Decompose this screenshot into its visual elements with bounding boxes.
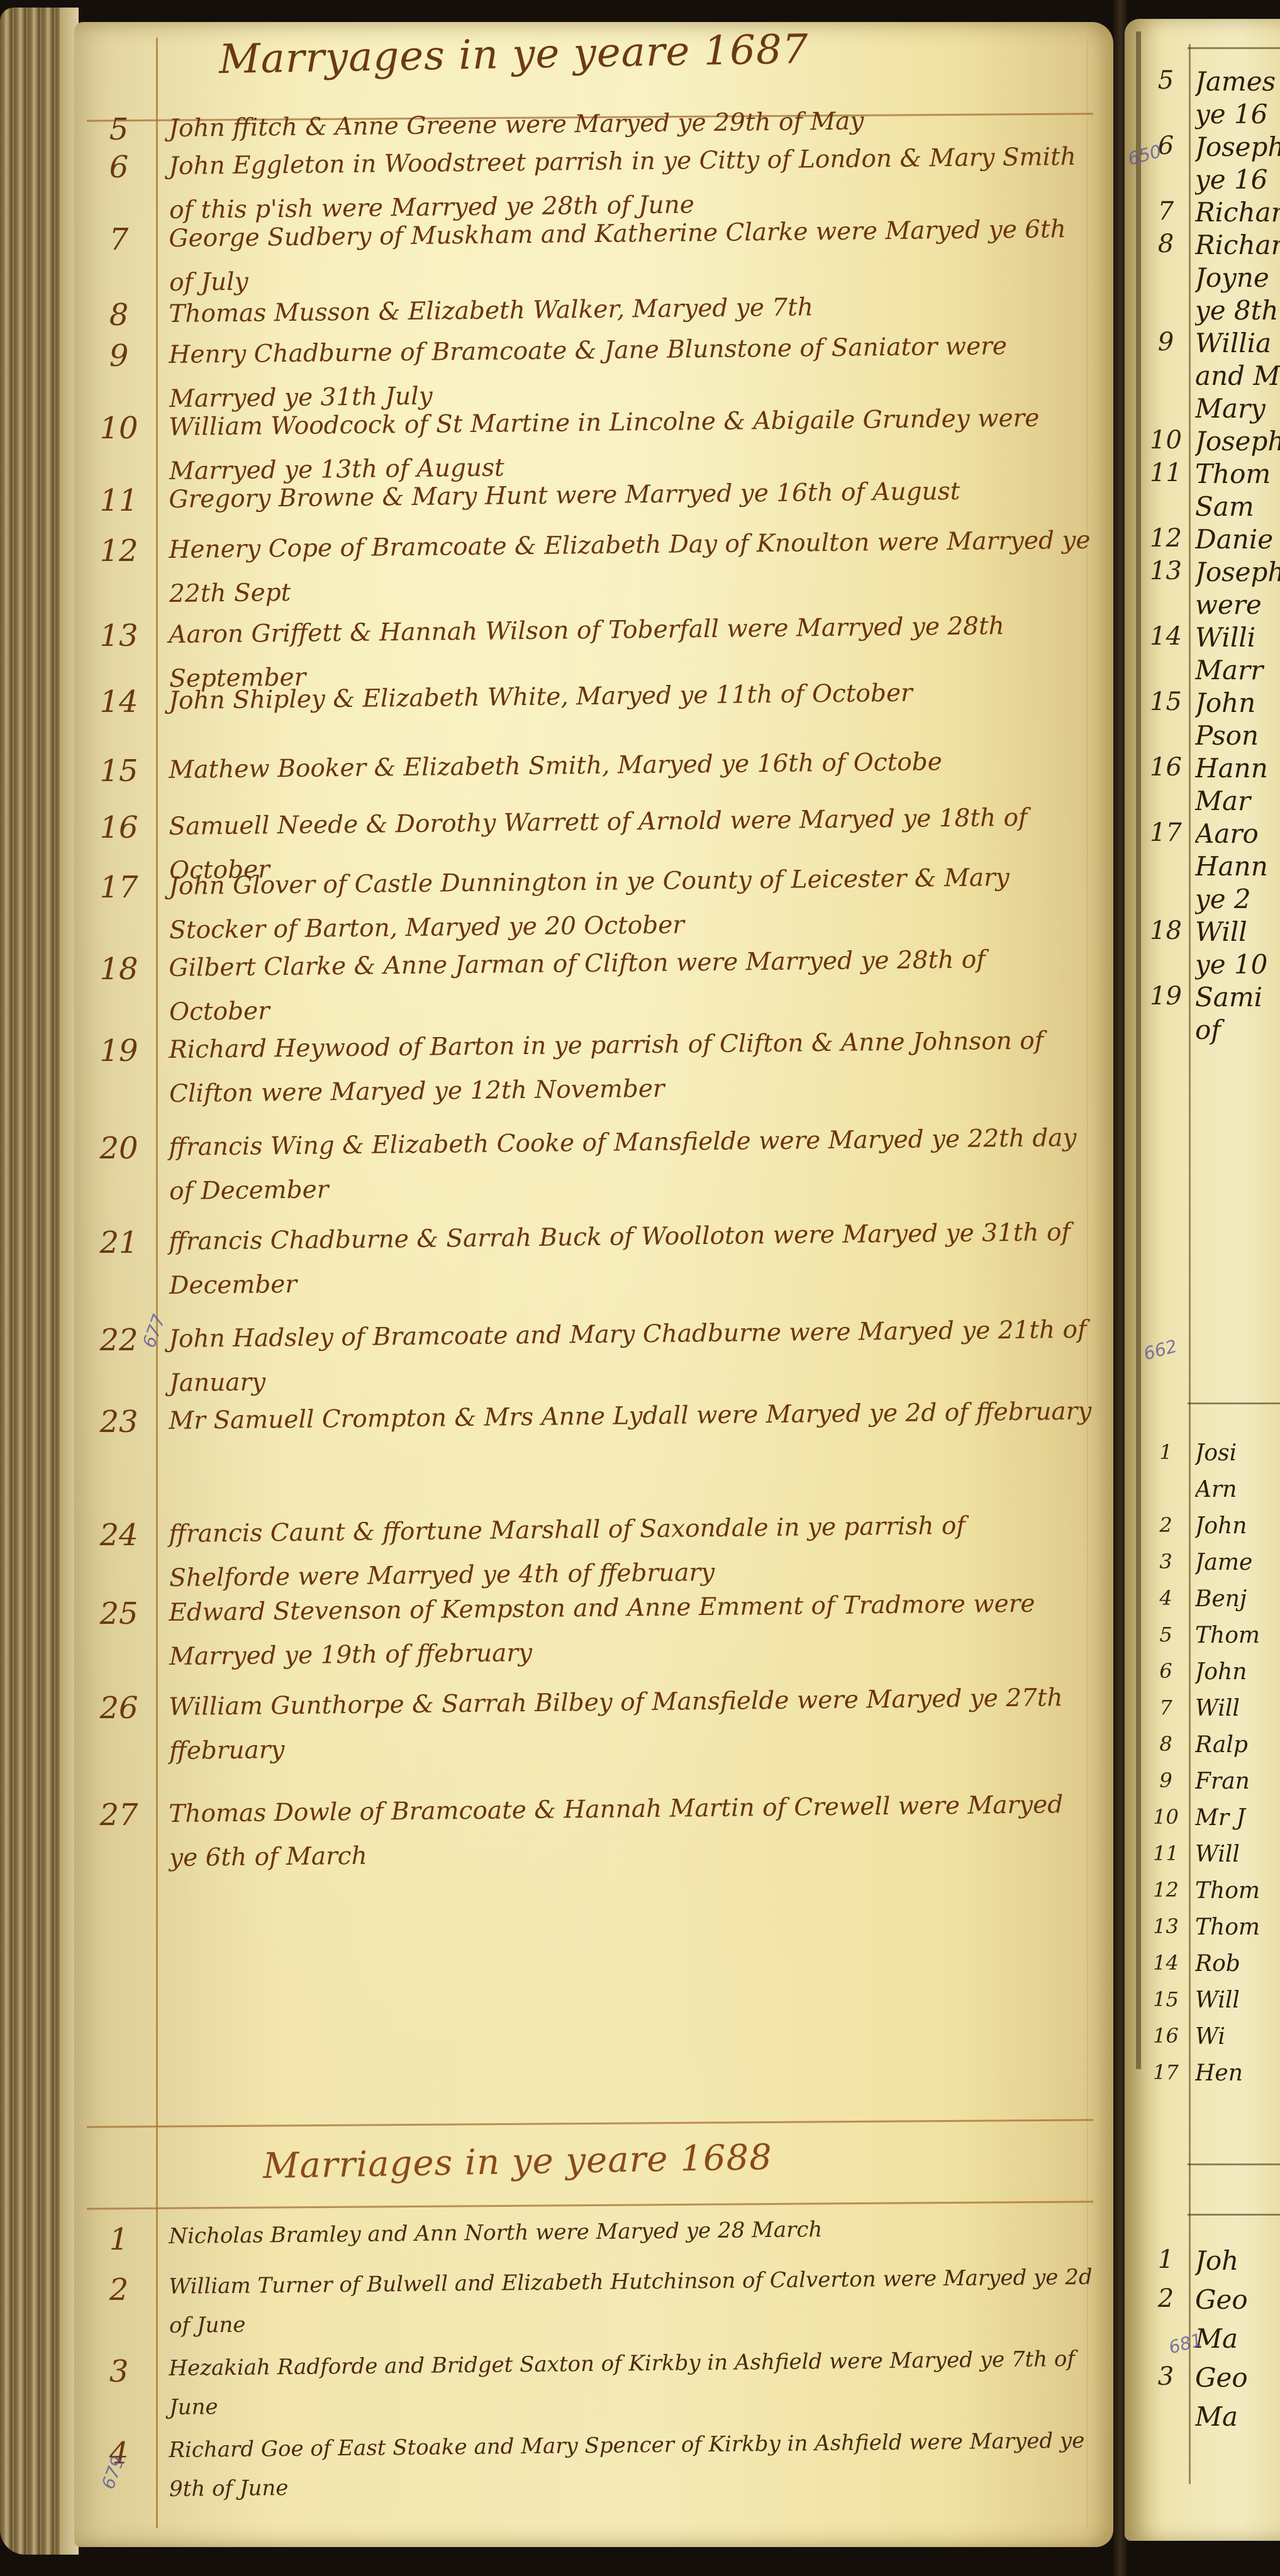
entry-fragment: Hen (1195, 2060, 1280, 2086)
entry-number: 11 (1149, 458, 1183, 487)
header-rule (1188, 47, 1280, 49)
entry-number: 11 (97, 483, 141, 518)
entry-number: 16 (97, 810, 141, 845)
section-rule (1188, 1402, 1280, 1404)
entry-number: 17 (1149, 818, 1183, 847)
entry-number: 2 (1149, 1513, 1183, 1537)
pencil-folio-note: 662 (1142, 1336, 1179, 1365)
entry-fragment: James (1195, 66, 1280, 97)
entry-number: 14 (97, 684, 141, 719)
section-heading-1687: Marryages in ye yeare 1687 (218, 26, 809, 83)
entry-fragment: Aaro (1195, 818, 1280, 849)
entry-fragment: Danie (1195, 524, 1280, 555)
marriage-entry: Gregory Browne & Mary Hunt were Marryed … (169, 469, 1094, 522)
marriage-entry: William Gunthorpe & Sarrah Bilbey of Man… (169, 1676, 1094, 1774)
entry-number: 1 (1149, 1440, 1183, 1464)
entry-fragment: Will (1195, 1841, 1280, 1867)
left-page: Marryages in ye yeare 16875John ffitch &… (74, 22, 1113, 2547)
entry-number: 5 (97, 112, 141, 147)
entry-fragment: Rob (1195, 1951, 1280, 1977)
entry-number: 1 (1149, 2245, 1183, 2274)
entry-fragment: Richard (1195, 197, 1280, 228)
entry-fragment: John (1195, 687, 1280, 718)
entry-number: 7 (1149, 197, 1183, 226)
entry-number: 4 (1149, 1586, 1183, 1610)
entry-number: 22 (97, 1323, 141, 1358)
entry-fragment: Joh (1195, 2245, 1280, 2276)
entry-number: 15 (1149, 687, 1183, 716)
entry-fragment: Richard (1195, 230, 1280, 260)
entry-number: 5 (1149, 1623, 1183, 1646)
entry-fragment: Pson (1195, 720, 1280, 751)
entry-number: 17 (1149, 2060, 1183, 2084)
entry-fragment: Thom (1195, 1878, 1280, 1904)
entry-number: 27 (97, 1797, 141, 1833)
pencil-folio-note: 677 (138, 1312, 169, 1351)
marriage-entry: William Turner of Bulwell and Elizabeth … (169, 2258, 1094, 2345)
right-margin-rule (1189, 44, 1191, 2484)
entry-fragment: ye 2 (1195, 884, 1280, 914)
section-rule (1188, 2163, 1280, 2165)
marriage-entry: Richard Heywood of Barton in ye parrish … (169, 1019, 1094, 1116)
entry-number: 18 (1149, 916, 1183, 945)
entry-number: 2 (1149, 2284, 1183, 2313)
entry-number: 13 (97, 618, 141, 653)
right-page: 5Jamesye 166Josephye 167Richard8RichardJ… (1125, 19, 1280, 2541)
entry-fragment: Wi (1195, 2024, 1280, 2050)
entry-fragment: Willia (1195, 328, 1280, 358)
marriage-entry: Nicholas Bramley and Ann North were Mary… (169, 2207, 1094, 2256)
entry-number: 13 (1149, 557, 1183, 586)
entry-number: 13 (1149, 1914, 1183, 1938)
entry-fragment: Sam (1195, 491, 1280, 522)
entry-number: 24 (97, 1518, 141, 1553)
entry-number: 10 (1149, 1805, 1183, 1829)
entry-number: 14 (1149, 622, 1183, 651)
margin-rule (156, 38, 158, 2528)
marriage-entry: Richard Goe of East Stoake and Mary Spen… (169, 2421, 1094, 2509)
entry-fragment: Joyne (1195, 262, 1280, 293)
entry-number: 17 (97, 870, 141, 905)
entry-number: 9 (1149, 1768, 1183, 1792)
entry-number: 8 (1149, 230, 1183, 258)
entry-number: 26 (97, 1690, 141, 1726)
marriage-entry: ffrancis Chadburne & Sarrah Buck of Wool… (169, 1211, 1094, 1308)
entry-number: 15 (97, 753, 141, 789)
entry-fragment: Joseph (1195, 557, 1280, 587)
entry-fragment: ye 8th (1195, 295, 1280, 326)
marriage-entry: Mr Samuell Crompton & Mrs Anne Lydall we… (169, 1390, 1094, 1443)
pencil-folio-note: 650 (1126, 141, 1164, 170)
entry-fragment: Hann (1195, 753, 1280, 784)
entry-number: 11 (1149, 1841, 1183, 1865)
entry-number: 1 (97, 2222, 141, 2257)
entry-fragment: Will (1195, 1696, 1280, 1721)
entry-fragment: Mar (1195, 786, 1280, 816)
entry-fragment: Marr (1195, 655, 1280, 686)
entry-number: 20 (97, 1131, 141, 1166)
entry-fragment: Ralp (1195, 1732, 1280, 1758)
entry-number: 9 (97, 338, 141, 374)
entry-number: 12 (1149, 1878, 1183, 1902)
section-divider-rule (87, 2119, 1093, 2128)
entry-number: 5 (1149, 66, 1183, 95)
entry-fragment: Joseph (1195, 131, 1280, 162)
marriage-entry: Edward Stevenson of Kempston and Anne Em… (169, 1582, 1094, 1679)
entry-number: 19 (97, 1033, 141, 1069)
entry-number: 15 (1149, 1987, 1183, 2011)
entry-fragment: Jame (1195, 1550, 1280, 1575)
entry-number: 12 (97, 533, 141, 569)
entry-number: 6 (1149, 1659, 1183, 1683)
entry-number: 21 (97, 1225, 141, 1260)
marriage-entry: Henery Cope of Bramcoate & Elizabeth Day… (169, 519, 1094, 616)
entry-fragment: Will (1195, 916, 1280, 947)
entry-fragment: Josi (1195, 1440, 1280, 1466)
entry-number: 6 (97, 150, 141, 185)
section-rule (1188, 2214, 1280, 2216)
entry-fragment: ye 10 (1195, 949, 1280, 980)
entry-fragment: Mr J (1195, 1805, 1280, 1831)
entry-fragment: ye 16 (1195, 164, 1280, 195)
entry-fragment: ye 16 (1195, 99, 1280, 130)
entry-fragment: Benj (1195, 1586, 1280, 1612)
entry-number: 7 (97, 222, 141, 257)
entry-fragment: Willi (1195, 622, 1280, 653)
entry-number: 12 (1149, 524, 1183, 553)
entry-number: 9 (1149, 328, 1183, 357)
entry-fragment: and M (1195, 360, 1280, 391)
marriage-entry: Thomas Dowle of Bramcoate & Hannah Marti… (169, 1783, 1094, 1880)
entry-fragment: Ma (1195, 2401, 1280, 2432)
right-page-edge-line (1136, 31, 1141, 2069)
entry-number: 16 (1149, 2024, 1183, 2048)
entry-fragment: Sami (1195, 982, 1280, 1013)
entry-fragment: Will (1195, 1987, 1280, 2013)
section-heading-1688: Marriages in ye yeare 1688 (262, 2137, 772, 2187)
marriage-entry: Hezakiah Radforde and Bridget Saxton of … (169, 2340, 1094, 2427)
entry-number: 14 (1149, 1951, 1183, 1975)
entry-number: 3 (97, 2354, 141, 2389)
register-scan: Marryages in ye yeare 16875John ffitch &… (0, 0, 1280, 2576)
entry-fragment: Geo (1195, 2362, 1280, 2393)
entry-fragment: Arn (1195, 1477, 1280, 1502)
entry-number: 10 (97, 411, 141, 446)
entry-fragment: Thom (1195, 458, 1280, 489)
entry-number: 8 (97, 297, 141, 333)
entry-number: 3 (1149, 2362, 1183, 2391)
entry-fragment: Hann (1195, 851, 1280, 882)
entry-fragment: Mary (1195, 393, 1280, 424)
entry-number: 16 (1149, 753, 1183, 782)
entry-fragment: Thom (1195, 1623, 1280, 1648)
entry-fragment: Ma (1195, 2323, 1280, 2354)
marriage-entry: ffrancis Wing & Elizabeth Cooke of Mansf… (169, 1116, 1094, 1214)
entry-number: 10 (1149, 426, 1183, 455)
entry-number: 8 (1149, 1732, 1183, 1756)
entry-fragment: Fran (1195, 1768, 1280, 1794)
entry-fragment: of (1195, 1014, 1280, 1045)
entry-fragment: were (1195, 589, 1280, 620)
entry-fragment: Thom (1195, 1914, 1280, 1940)
entry-fragment: John (1195, 1513, 1280, 1539)
entry-fragment: Joseph (1195, 426, 1280, 457)
entry-number: 2 (97, 2272, 141, 2307)
entry-fragment: John (1195, 1659, 1280, 1685)
entry-number: 19 (1149, 982, 1183, 1011)
entry-number: 23 (97, 1404, 141, 1440)
book-page-edges (0, 8, 79, 2555)
entry-number: 3 (1149, 1550, 1183, 1574)
entry-fragment: Geo (1195, 2284, 1280, 2315)
entry-number: 7 (1149, 1696, 1183, 1719)
marriage-entry: John Shipley & Elizabeth White, Maryed y… (169, 670, 1094, 723)
entry-number: 18 (97, 952, 141, 987)
marriage-entry: Mathew Booker & Elizabeth Smith, Maryed … (169, 739, 1094, 792)
entry-number: 25 (97, 1596, 141, 1631)
